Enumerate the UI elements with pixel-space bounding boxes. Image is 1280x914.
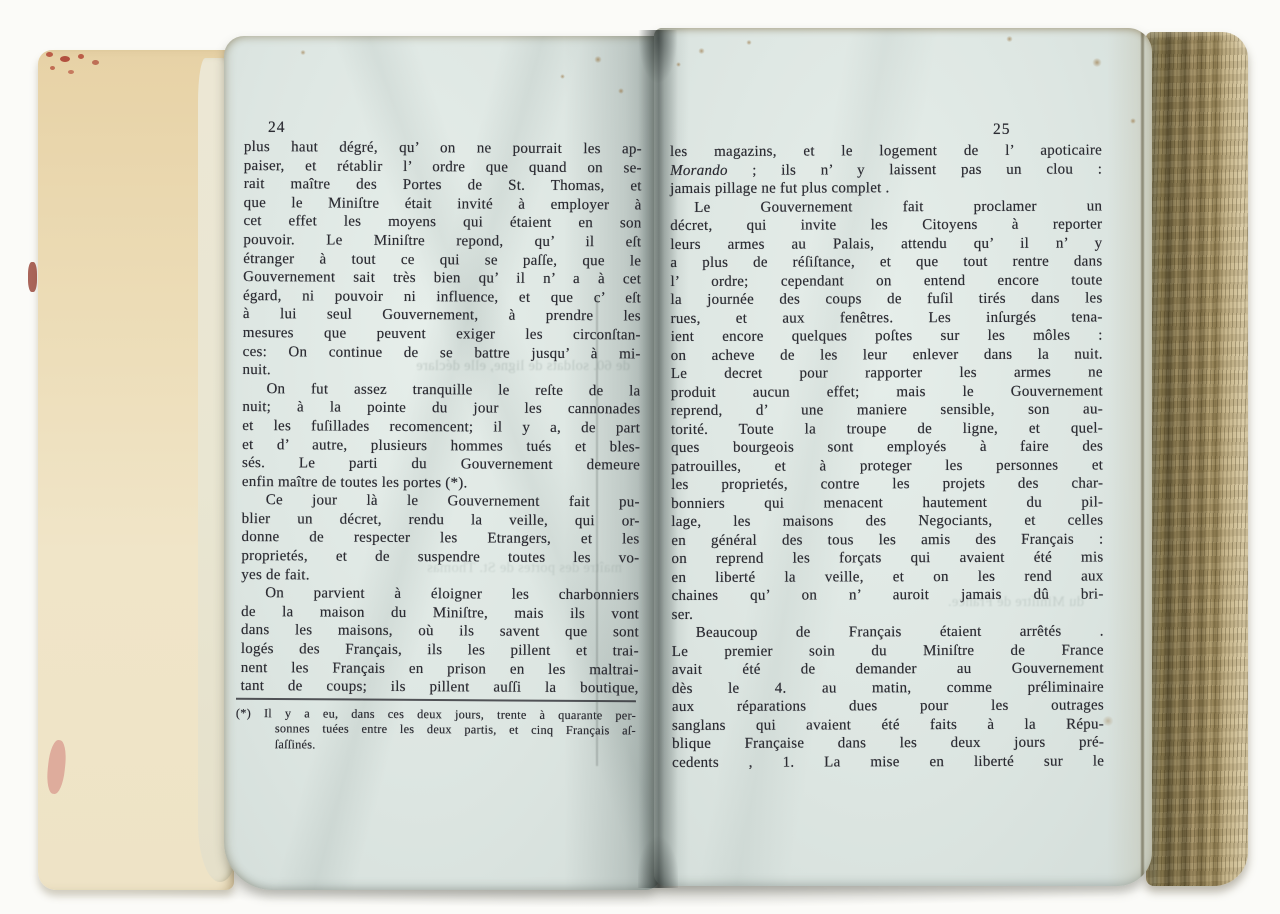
text-line: sanglans qui avaient été faits à la Répu… (672, 715, 1104, 735)
text-line: et d’ autre, plusieurs hommes tués et bl… (242, 435, 640, 456)
text-line: logés des Français, ils les pillent et t… (241, 640, 639, 661)
text-line: les proprietés, contre les projets des c… (671, 474, 1103, 494)
text-line: ques bourgeois sont employés à faire des (671, 437, 1103, 457)
text-line: bonniers qui menacent hautement du pil- (671, 493, 1103, 513)
text-line: à lui seul Gouvernement, à prendre les (243, 305, 641, 326)
page-left: 24 de 60. soldats de ligne, elle déclare… (224, 36, 660, 890)
text-line: patrouilles, et à proteger les personnes… (671, 456, 1103, 476)
text-line: Le decret pour rapporter les armes ne (671, 363, 1103, 383)
page-right: 25 du Miniſtre de France. les magazins, … (654, 28, 1152, 886)
foxing-spot (1130, 118, 1136, 124)
text-line: les magazins, et le logement de l’ apoti… (670, 141, 1102, 161)
text-line: rues, et aux fenêtres. Les inſurgés tena… (671, 308, 1103, 328)
text-line: On fut assez tranquille le reſte de la (242, 380, 640, 401)
text-line: rait maître des Portes de St. Thomas, et (244, 175, 642, 196)
red-marbling-speck (68, 70, 74, 74)
foxing-spot (560, 74, 565, 79)
text-line: décret, qui invite les Citoyens à report… (670, 215, 1102, 235)
text-line: Morando ; ils n’ y laissent pas un clou … (670, 160, 1102, 180)
book-photo: 24 de 60. soldats de ligne, elle déclare… (0, 0, 1280, 914)
text-line: égard, ni pouvoir ni influence, et que c… (243, 287, 641, 308)
text-line: donne de respecter les Etrangers, et les (242, 528, 640, 549)
text-line: blier un décret, rendu la veille, qui or… (242, 510, 640, 531)
foxing-spot (1102, 716, 1114, 726)
text-line: cedents , 1. La mise en liberté sur le (672, 752, 1104, 772)
text-line: paiser, et rétablir l’ ordre que quand o… (244, 157, 642, 178)
fore-edge-page-stack (1146, 32, 1248, 886)
text-line: nuit. (243, 361, 641, 382)
italic-text: Morando (670, 162, 728, 178)
text-line: plus haut dégré, qu’ on ne pourrait les … (244, 138, 642, 159)
text-line: ient encore quelques poſtes sur les môle… (671, 326, 1103, 346)
text-segment: ; ils n’ y laissent pas un clou : (728, 161, 1102, 178)
text-line: torité. Toute la troupe de ligne, et que… (671, 419, 1103, 439)
text-line: Beaucoup de Français étaient arrêtés . (672, 622, 1104, 642)
text-line: enfin maître de toutes les portes (*). (242, 473, 640, 494)
text-line: Le Gouvernement fait proclamer un (670, 197, 1102, 217)
footnote-rule (236, 698, 636, 702)
red-marbling-speck (78, 54, 84, 59)
crease-line (1141, 28, 1144, 886)
text-line: on acheve de les leur enlever dans la nu… (671, 345, 1103, 365)
text-line: blique Française dans les deux jours pré… (672, 733, 1104, 753)
page-number-left: 24 (268, 119, 286, 137)
text-line: nent les Français en prison en les maltr… (241, 659, 639, 680)
red-cover-glimpse (28, 262, 37, 292)
red-marbling-speck (50, 66, 55, 70)
text-line: de la maison du Miniſtre, mais ils vont (241, 603, 639, 624)
text-line: ces: On continue de se battre jusqu’ à m… (243, 343, 641, 364)
text-line: et les fuſillades recomencent; il y a, d… (242, 417, 640, 438)
text-line: produit aucun effet; mais le Gouvernemen… (671, 382, 1103, 402)
text-line: a plus de réſiſtance, et que tout rentre… (670, 252, 1102, 272)
text-line: On parvient à éloigner les charbonniers (241, 584, 639, 605)
text-line: mesures que peuvent exiger les circonſta… (243, 324, 641, 345)
text-line: leurs armes au Palais, attendu qu’ il n’… (670, 234, 1102, 254)
red-marbling-speck (92, 60, 99, 65)
text-line: Gouvernement sait très bien qu’ il n’ a … (243, 268, 641, 289)
text-line: lage, les maisons des Negociants, et cel… (671, 511, 1103, 531)
text-line: ſaſſinés. (236, 737, 636, 755)
text-line: aux réparations dues pour les outrages (672, 696, 1104, 716)
foxing-spot (594, 56, 602, 63)
text-line: en général des tous les amis des Françai… (671, 530, 1103, 550)
foxing-spot (1006, 36, 1013, 42)
text-line: Le premier soin du Miniſtre de France (672, 641, 1104, 661)
text-line: chaines qu’ on n’ auroit jamais dû bri- (672, 585, 1104, 605)
text-line: la journée des coups de fuſil tirés dans… (671, 289, 1103, 309)
text-line: en liberté la veille, et on les rend aux (671, 567, 1103, 587)
red-marbling-speck (60, 56, 70, 62)
text-line: tant de coups; ils pillent auſſi la bout… (241, 677, 639, 698)
foxing-spot (698, 48, 705, 54)
footnote-lines: (*) Il y a eu, dans ces deux jours, tren… (236, 706, 636, 755)
text-line: on reprend les forçats qui avaient été m… (671, 548, 1103, 568)
text-line: l’ ordre; cependant on entend encore tou… (670, 271, 1102, 291)
text-line: dans les maisons, où ils savent que sont (241, 621, 639, 642)
text-line: sés. Le parti du Gouvernement demeure (242, 454, 640, 475)
page-number-right: 25 (993, 121, 1011, 139)
text-line: cet effet les moyens qui étaient en son (243, 212, 641, 233)
red-marbling-speck (46, 52, 53, 57)
text-line: ser. (672, 604, 1104, 624)
foxing-spot (300, 50, 306, 55)
text-block-left: plus haut dégré, qu’ on ne pourrait les … (241, 138, 642, 698)
crease-line (596, 296, 598, 766)
text-line: dès le 4. au matin, comme préliminaire (672, 678, 1104, 698)
text-line: Ce jour là le Gouvernement fait pu- (242, 491, 640, 512)
text-line: pouvoir. Le Miniſtre repond, qu’ il eſt (243, 231, 641, 252)
text-line: reprend, d’ une maniere sensible, son au… (671, 400, 1103, 420)
foxing-spot (618, 88, 624, 94)
text-line: jamais pillage ne fut plus complet . (670, 178, 1102, 198)
text-block-right: les magazins, et le logement de l’ apoti… (670, 141, 1104, 772)
text-line: proprietés, et de suspendre toutes les v… (241, 547, 639, 568)
text-line: avait été de demander au Gouvernement (672, 659, 1104, 679)
foxing-spot (746, 40, 752, 45)
text-line: que le Miniſtre était invité à employer … (244, 194, 642, 215)
foxing-spot (676, 62, 681, 67)
text-line: étranger à tout ce qui se paſſe, que le (243, 250, 641, 271)
foxing-spot (1092, 58, 1102, 67)
text-line: yes de fait. (241, 566, 639, 587)
text-line: nuit; à la pointe du jour les cannonades (242, 398, 640, 419)
